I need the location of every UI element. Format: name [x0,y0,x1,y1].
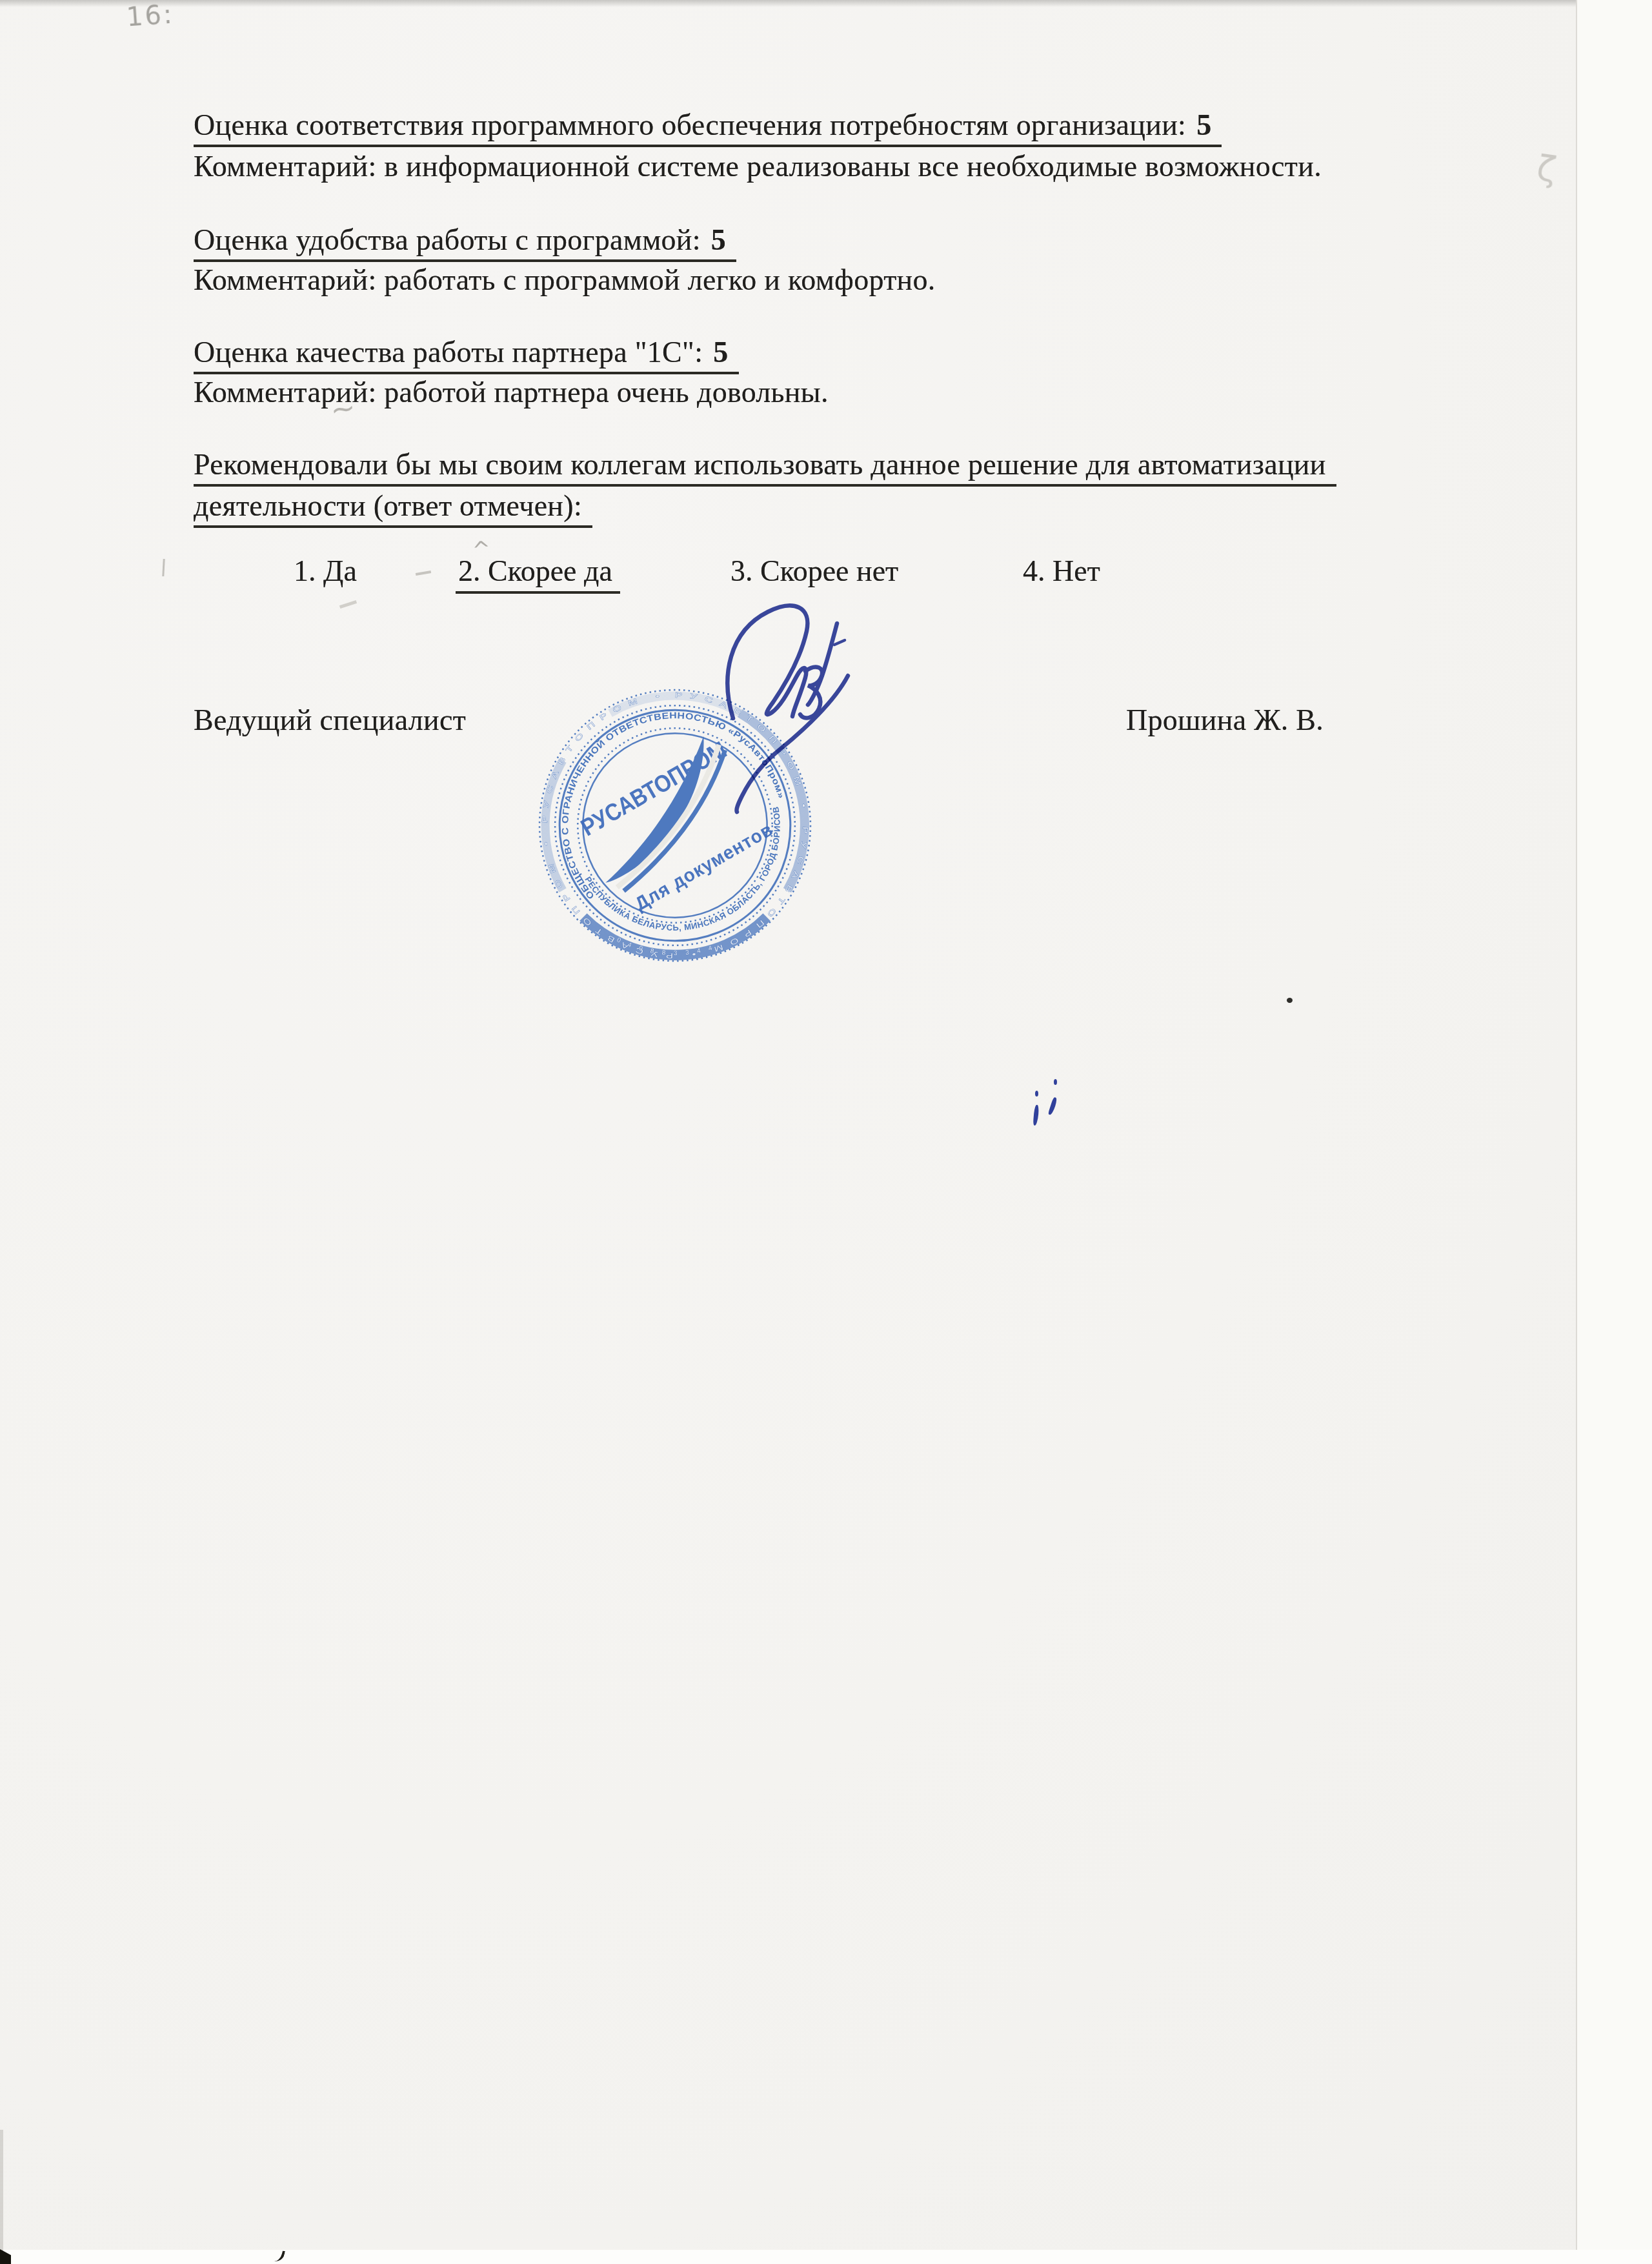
handwritten-signature [697,580,891,840]
rating-heading-2: Оценка удобства работы с программой:5 [194,222,736,258]
option-net: 4. Нет [1023,554,1100,588]
signatory-name: Прошина Ж. В. [1126,702,1324,738]
signature-z-curl [800,667,822,718]
scan-left-edge-artifact [0,2130,3,2264]
rating-label-2: Оценка удобства работы с программой: [194,223,701,256]
rating-comment-2: Комментарий: работать с программой легко… [194,262,936,298]
question-line-1: Рекомендовали бы мы своим коллегам испол… [194,447,1336,483]
rating-comment-3: Комментарий: работой партнера очень дово… [194,374,829,410]
rating-label-3: Оценка качества работы партнера "1С": [194,336,703,369]
scan-bottom-edge [0,2250,1652,2264]
paper-right-edge [1576,0,1652,2264]
rating-comment-1: Комментарий: в информационной системе ре… [194,148,1322,185]
signature-loop [727,605,807,718]
pencil-curl-mark: ~ [328,390,358,428]
option-da: 1. Да [294,554,357,588]
faint-handwritten-note: 16: [125,0,174,33]
rating-score-3: 5 [713,336,728,369]
faint-squiggle-mark: ζ [1535,147,1559,190]
scanned-document-page: Оценка соответствия программного обеспеч… [0,0,1652,2264]
rating-score-2: 5 [711,223,726,256]
pencil-tick-mark [162,559,165,576]
rating-score-1: 5 [1196,108,1211,141]
question-line-2: деятельности (ответ отмечен): [194,488,592,524]
pencil-caret-mark: ^ [471,536,492,564]
rating-heading-3: Оценка качества работы партнера "1С":5 [194,334,739,370]
pencil-dash-mark [416,571,431,576]
scan-top-edge [0,0,1652,7]
rating-heading-1: Оценка соответствия программного обеспеч… [194,107,1222,143]
signature-tail [736,676,848,812]
rating-label-1: Оценка соответствия программного обеспеч… [194,108,1186,141]
signatory-role: Ведущий специалист [194,702,466,738]
ink-dot-artifact [1287,998,1293,1003]
signature-downstroke [808,623,837,705]
pencil-smudge-mark [339,600,357,609]
